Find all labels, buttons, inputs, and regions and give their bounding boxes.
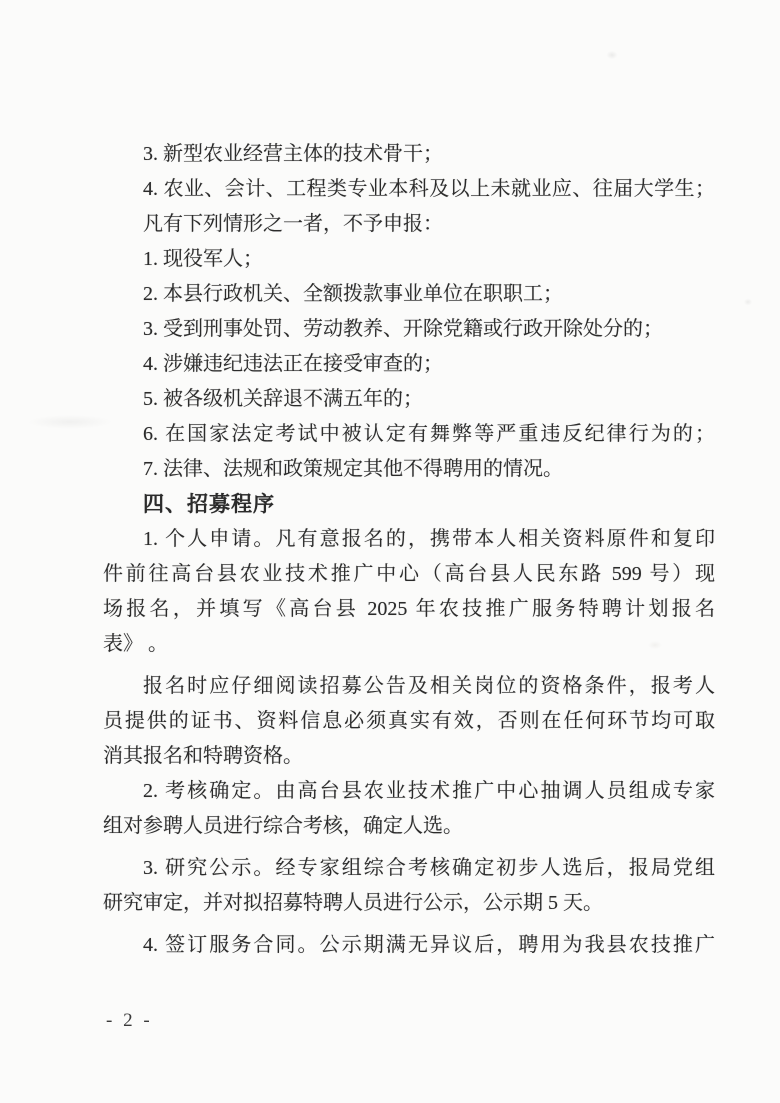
exclusion-item-1: 1. 现役军人； [103, 242, 715, 277]
procedure-step1-line1: 1. 个人申请。凡有意报名的，携带本人相关资料原件和复印 [103, 522, 715, 557]
procedure-step2-line2: 组对参聘人员进行综合考核，确定人选。 [103, 809, 715, 844]
exclusion-intro: 凡有下列情形之一者，不予申报： [103, 207, 715, 242]
procedure-step2-line1: 2. 考核确定。由高台县农业技术推广中心抽调人员组成专家 [103, 774, 715, 809]
procedure-step3-line2: 研究审定，并对拟招募特聘人员进行公示，公示期 5 天。 [103, 886, 715, 921]
application-notice-line1: 报名时应仔细阅读招募公告及相关岗位的资格条件，报考人 [103, 669, 715, 704]
procedure-step1-line2: 件前往高台县农业技术推广中心（高台县人民东路 599 号）现 [103, 557, 715, 592]
application-notice-line2: 员提供的证书、资料信息必须真实有效，否则在任何环节均可取 [103, 704, 715, 739]
exclusion-item-3: 3. 受到刑事处罚、劳动教养、开除党籍或行政开除处分的； [103, 312, 715, 347]
exclusion-item-2: 2. 本县行政机关、全额拨款事业单位在职职工； [103, 277, 715, 312]
exclusion-item-5: 5. 被各级机关辞退不满五年的； [103, 382, 715, 417]
exclusion-item-6: 6. 在国家法定考试中被认定有舞弊等严重违反纪律行为的； [103, 417, 715, 452]
procedure-step1-line4: 表》 。 [103, 627, 715, 662]
procedure-step4-line1: 4. 签订服务合同。公示期满无异议后，聘用为我县农技推广 [103, 928, 715, 963]
procedure-step3-line1: 3. 研究公示。经专家组综合考核确定初步人选后，报局党组 [103, 851, 715, 886]
eligible-item-4: 4. 农业、会计、工程类专业本科及以上未就业应、往届大学生； [103, 172, 715, 207]
procedure-step1-line3: 场报名，并填写《高台县 2025 年农技推广服务特聘计划报名 [103, 592, 715, 627]
section-heading-recruitment-procedure: 四、招募程序 [103, 487, 715, 522]
document-body: 3. 新型农业经营主体的技术骨干； 4. 农业、会计、工程类专业本科及以上未就业… [103, 137, 715, 963]
eligible-item-3: 3. 新型农业经营主体的技术骨干； [103, 137, 715, 172]
scanned-document-page: { "document": { "lines": [ "3. 新型农业经营主体的… [0, 0, 780, 1103]
page-number: - 2 - [106, 1005, 153, 1037]
application-notice-line3: 消其报名和特聘资格。 [103, 739, 715, 774]
exclusion-item-7: 7. 法律、法规和政策规定其他不得聘用的情况。 [103, 452, 715, 487]
exclusion-item-4: 4. 涉嫌违纪违法正在接受审查的； [103, 347, 715, 382]
